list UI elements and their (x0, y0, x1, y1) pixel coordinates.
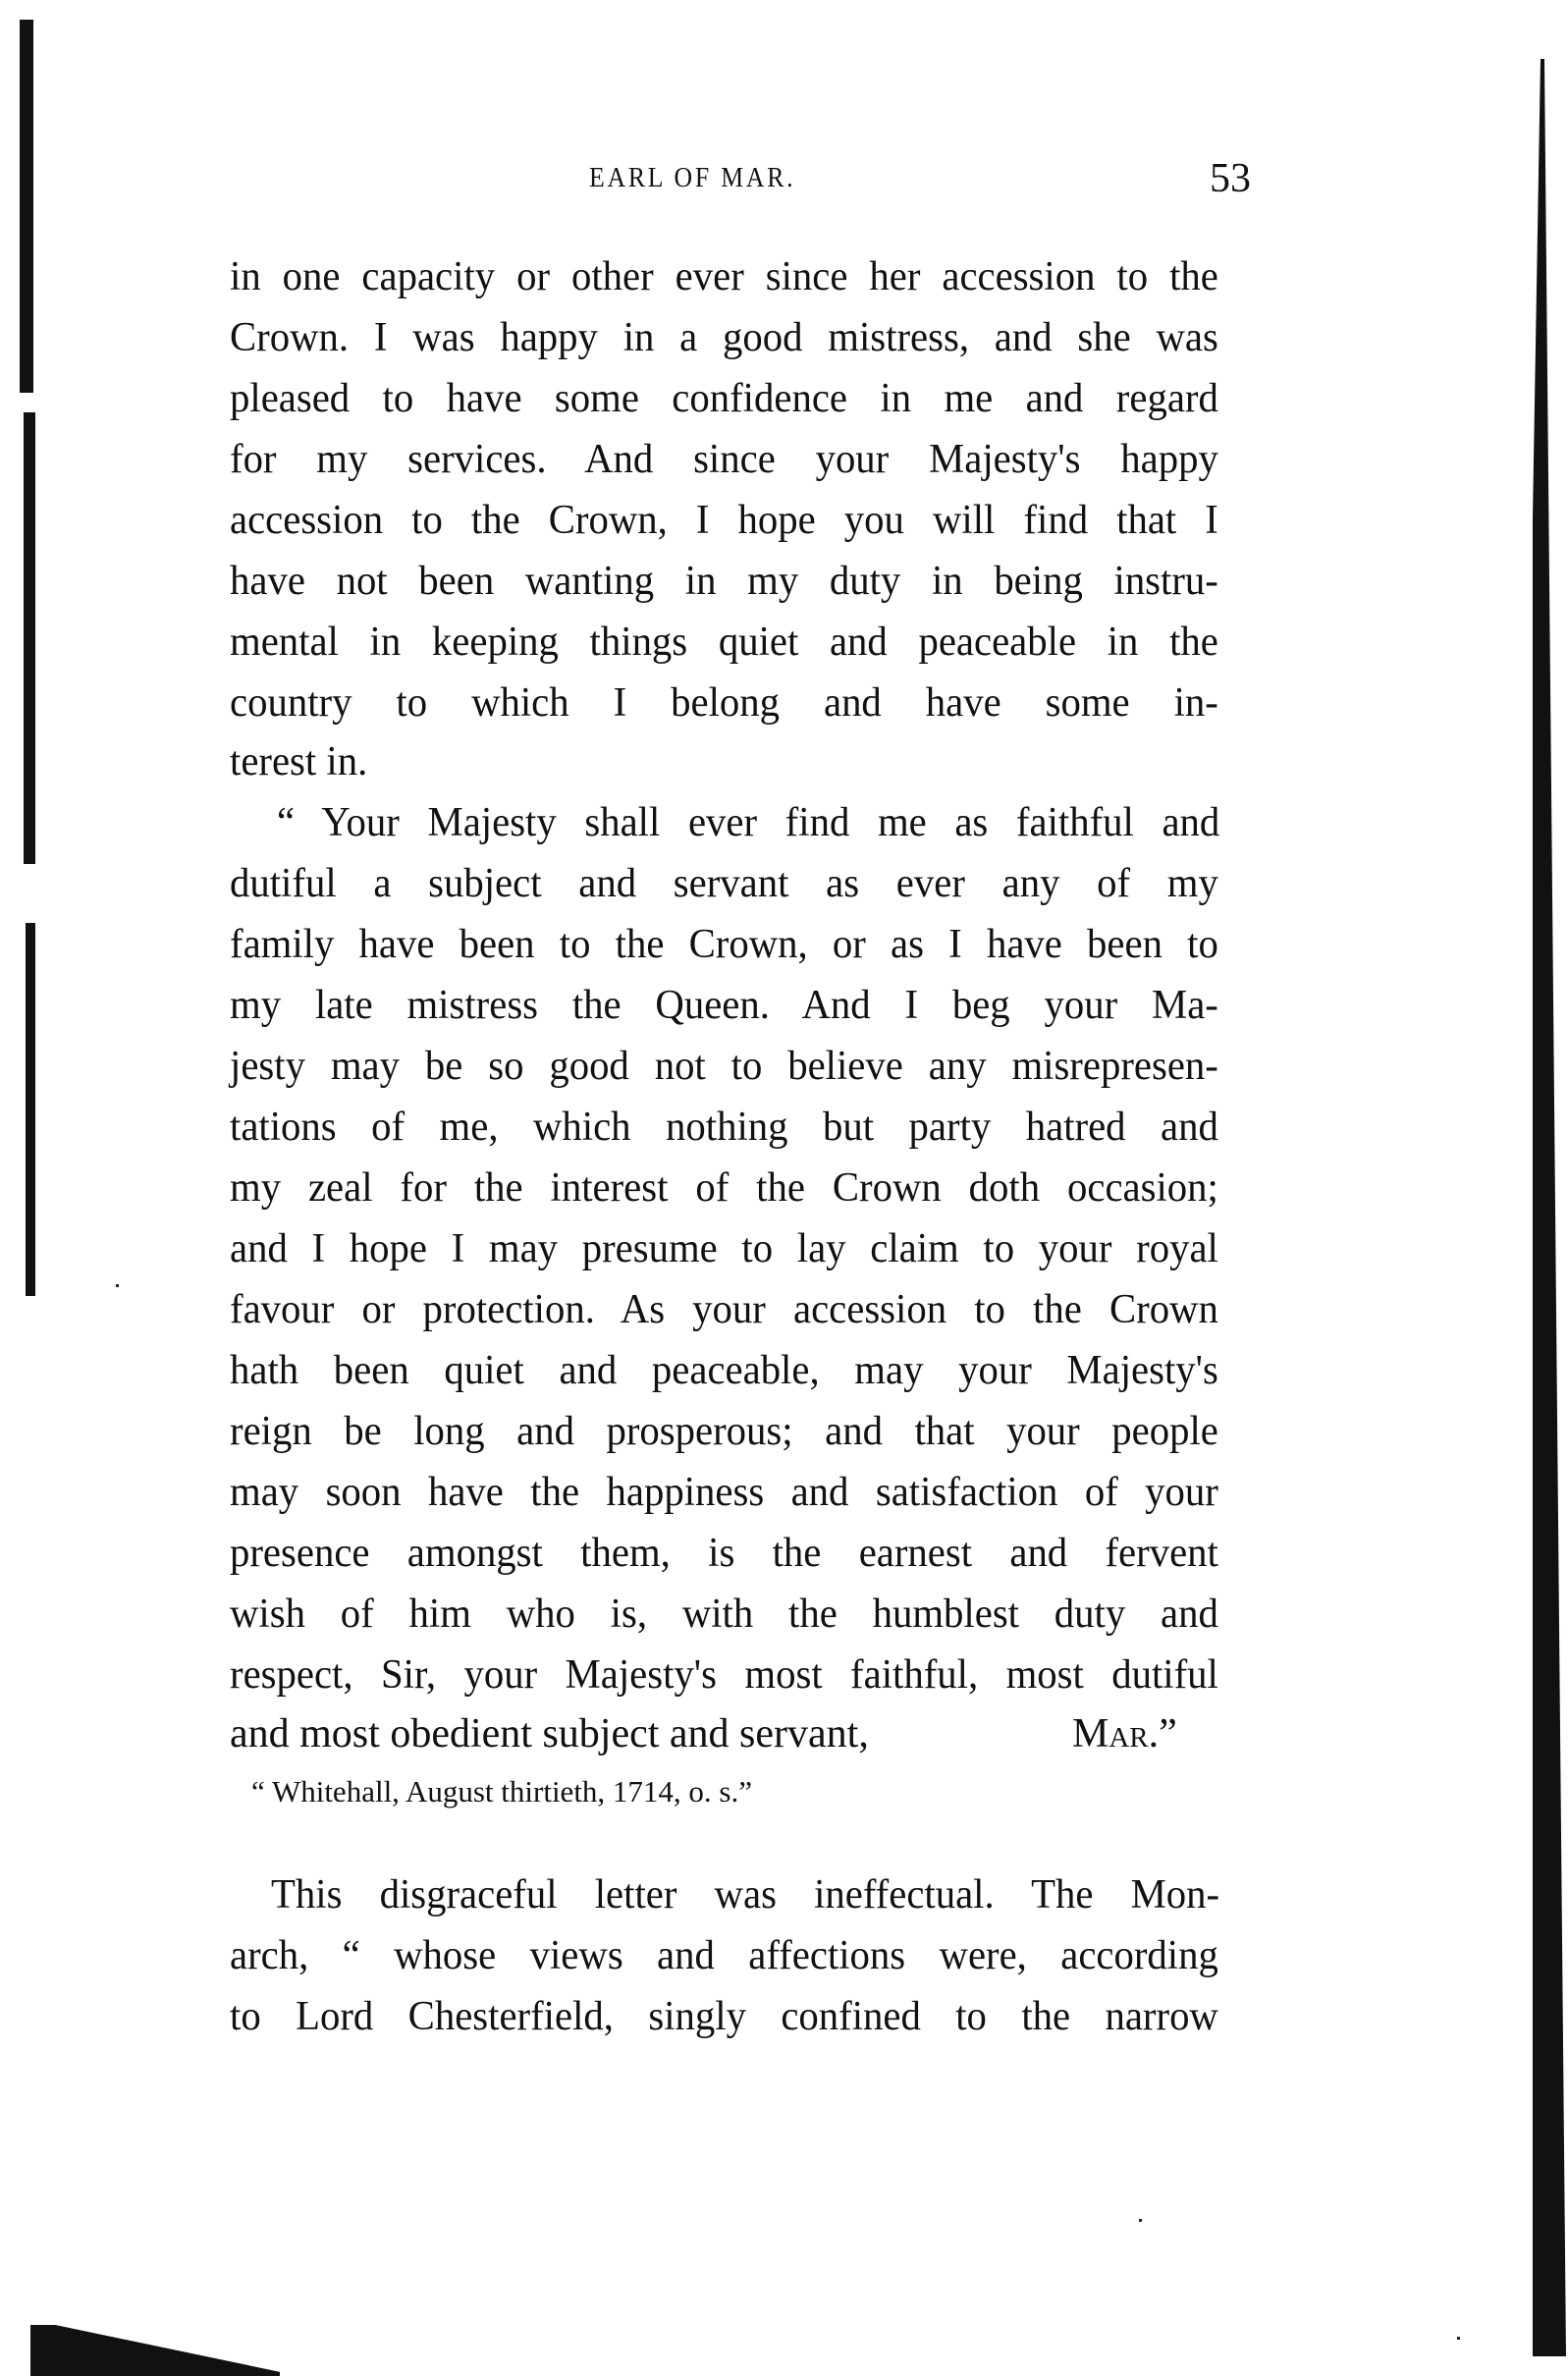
text-line: accession to the Crown, I hope you will … (230, 491, 1218, 550)
text-line: and I hope I may presume to lay claim to… (230, 1219, 1218, 1278)
text-line: This disgraceful letter was ineffectual.… (271, 1865, 1219, 1924)
closing-text: and most obedient subject and servant, (230, 1704, 869, 1763)
text-line: hath been quiet and peaceable, may your … (230, 1341, 1218, 1400)
text-line: “ Your Majesty shall ever find me as fai… (277, 793, 1219, 852)
text-line: my late mistress the Queen. And I beg yo… (230, 976, 1218, 1035)
text-line: may soon have the happiness and satisfac… (230, 1463, 1218, 1522)
scan-edge-left (24, 412, 35, 864)
text-line: presence amongst them, is the earnest an… (230, 1524, 1218, 1583)
scan-edge-left (26, 923, 35, 1296)
text-line: my zeal for the interest of the Crown do… (230, 1159, 1218, 1217)
text-line: respect, Sir, your Majesty's most faithf… (230, 1646, 1218, 1704)
text-line: tations of me, which nothing but party h… (230, 1098, 1218, 1157)
text-line: for my services. And since your Majesty'… (230, 430, 1218, 489)
text-line: favour or protection. As your accession … (230, 1280, 1218, 1339)
text-line: jesty may be so good not to believe any … (230, 1037, 1218, 1096)
scan-speck (116, 1284, 119, 1287)
scan-corner-shadow (30, 2325, 280, 2376)
signature: Mar.” (1072, 1704, 1177, 1763)
text-line: pleased to have some confidence in me an… (230, 369, 1218, 428)
book-page: EARL OF MAR. 53 in one capacity or other… (0, 0, 1568, 2376)
closing-line: and most obedient subject and servant, M… (230, 1704, 1251, 1763)
text-line: family have been to the Crown, or as I h… (230, 915, 1218, 974)
text-line: mental in keeping things quiet and peace… (230, 613, 1218, 672)
text-line: have not been wanting in my duty in bein… (230, 552, 1218, 611)
text-line: reign be long and prosperous; and that y… (230, 1402, 1218, 1461)
text-line: in one capacity or other ever since her … (230, 247, 1218, 306)
scan-edge-left (20, 20, 33, 393)
scan-speck (1139, 2219, 1142, 2222)
text-line: arch, “ whose views and affections were,… (230, 1926, 1218, 1985)
letter-dateline: “ Whitehall, August thirtieth, 1714, o. … (251, 1772, 752, 1811)
text-line: terest in. (230, 732, 1218, 791)
scan-speck (1457, 2337, 1460, 2340)
running-title: EARL OF MAR. (589, 163, 795, 194)
text-line: dutiful a subject and servant as ever an… (230, 854, 1218, 913)
text-line: country to which I belong and have some … (230, 674, 1218, 732)
page-number: 53 (1210, 155, 1251, 202)
text-line: Crown. I was happy in a good mistress, a… (230, 308, 1218, 367)
scan-edge-right (1533, 59, 1566, 2356)
text-line: wish of him who is, with the humblest du… (230, 1585, 1218, 1644)
text-line: to Lord Chesterfield, singly confined to… (230, 1987, 1218, 2046)
